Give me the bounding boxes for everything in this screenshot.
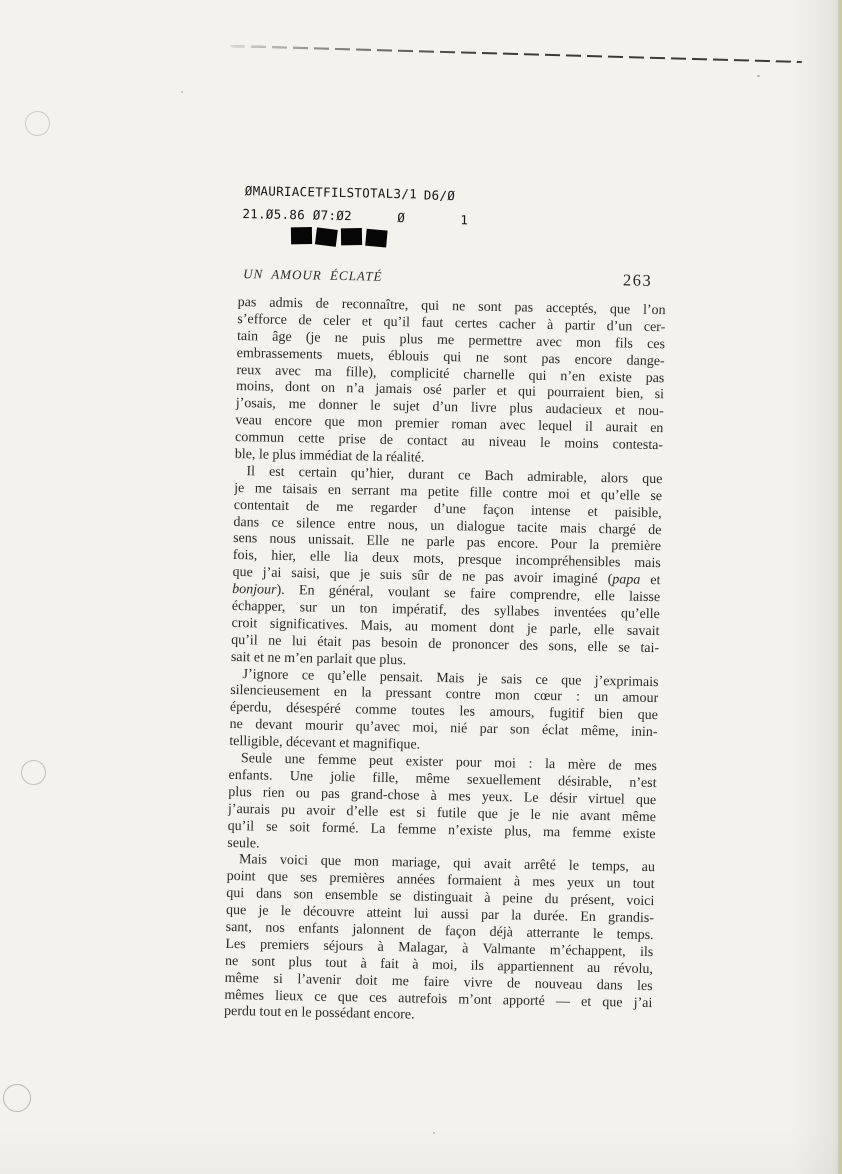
page-content: ØMAURIACETFILSTOTAL3/1 D6/Ø 21.Ø5.86 Ø7:…: [223, 183, 669, 1051]
scan-artifact-line: [230, 45, 802, 63]
running-header: UN AMOUR ÉCLATÉ 263: [238, 263, 662, 291]
paper-speck: [757, 75, 760, 77]
typesetting-flag-right: 1: [460, 212, 468, 227]
registration-mark-square: [315, 227, 338, 246]
typesetting-flag-left: Ø: [397, 210, 405, 225]
paper-speck: [433, 1132, 435, 1134]
typesetting-code: ØMAURIACETFILSTOTAL3/1: [245, 183, 417, 201]
page-number: 263: [623, 270, 653, 291]
typesetting-code-block: ØMAURIACETFILSTOTAL3/1 D6/Ø 21.Ø5.86 Ø7:…: [239, 183, 670, 255]
punch-hole: [21, 760, 46, 785]
punch-hole: [3, 1084, 31, 1112]
registration-marks: [291, 227, 387, 246]
registration-mark-square: [341, 228, 362, 245]
text-segment: et: [640, 573, 660, 588]
typesetting-folio-code: D6/Ø: [424, 188, 456, 204]
body-text: pas admis de reconnaître, qui ne sont pa…: [224, 295, 666, 1029]
registration-mark-square: [365, 229, 387, 248]
punch-hole: [25, 111, 50, 136]
italic-word: bonjour: [232, 582, 277, 598]
scanned-page: ØMAURIACETFILSTOTAL3/1 D6/Ø 21.Ø5.86 Ø7:…: [0, 0, 842, 1174]
registration-mark-square: [291, 227, 312, 244]
running-title: UN AMOUR ÉCLATÉ: [243, 266, 383, 285]
typesetting-datetime: 21.Ø5.86 Ø7:Ø2: [242, 206, 352, 223]
paper-speck: [181, 91, 183, 93]
italic-word: papa: [612, 572, 640, 588]
